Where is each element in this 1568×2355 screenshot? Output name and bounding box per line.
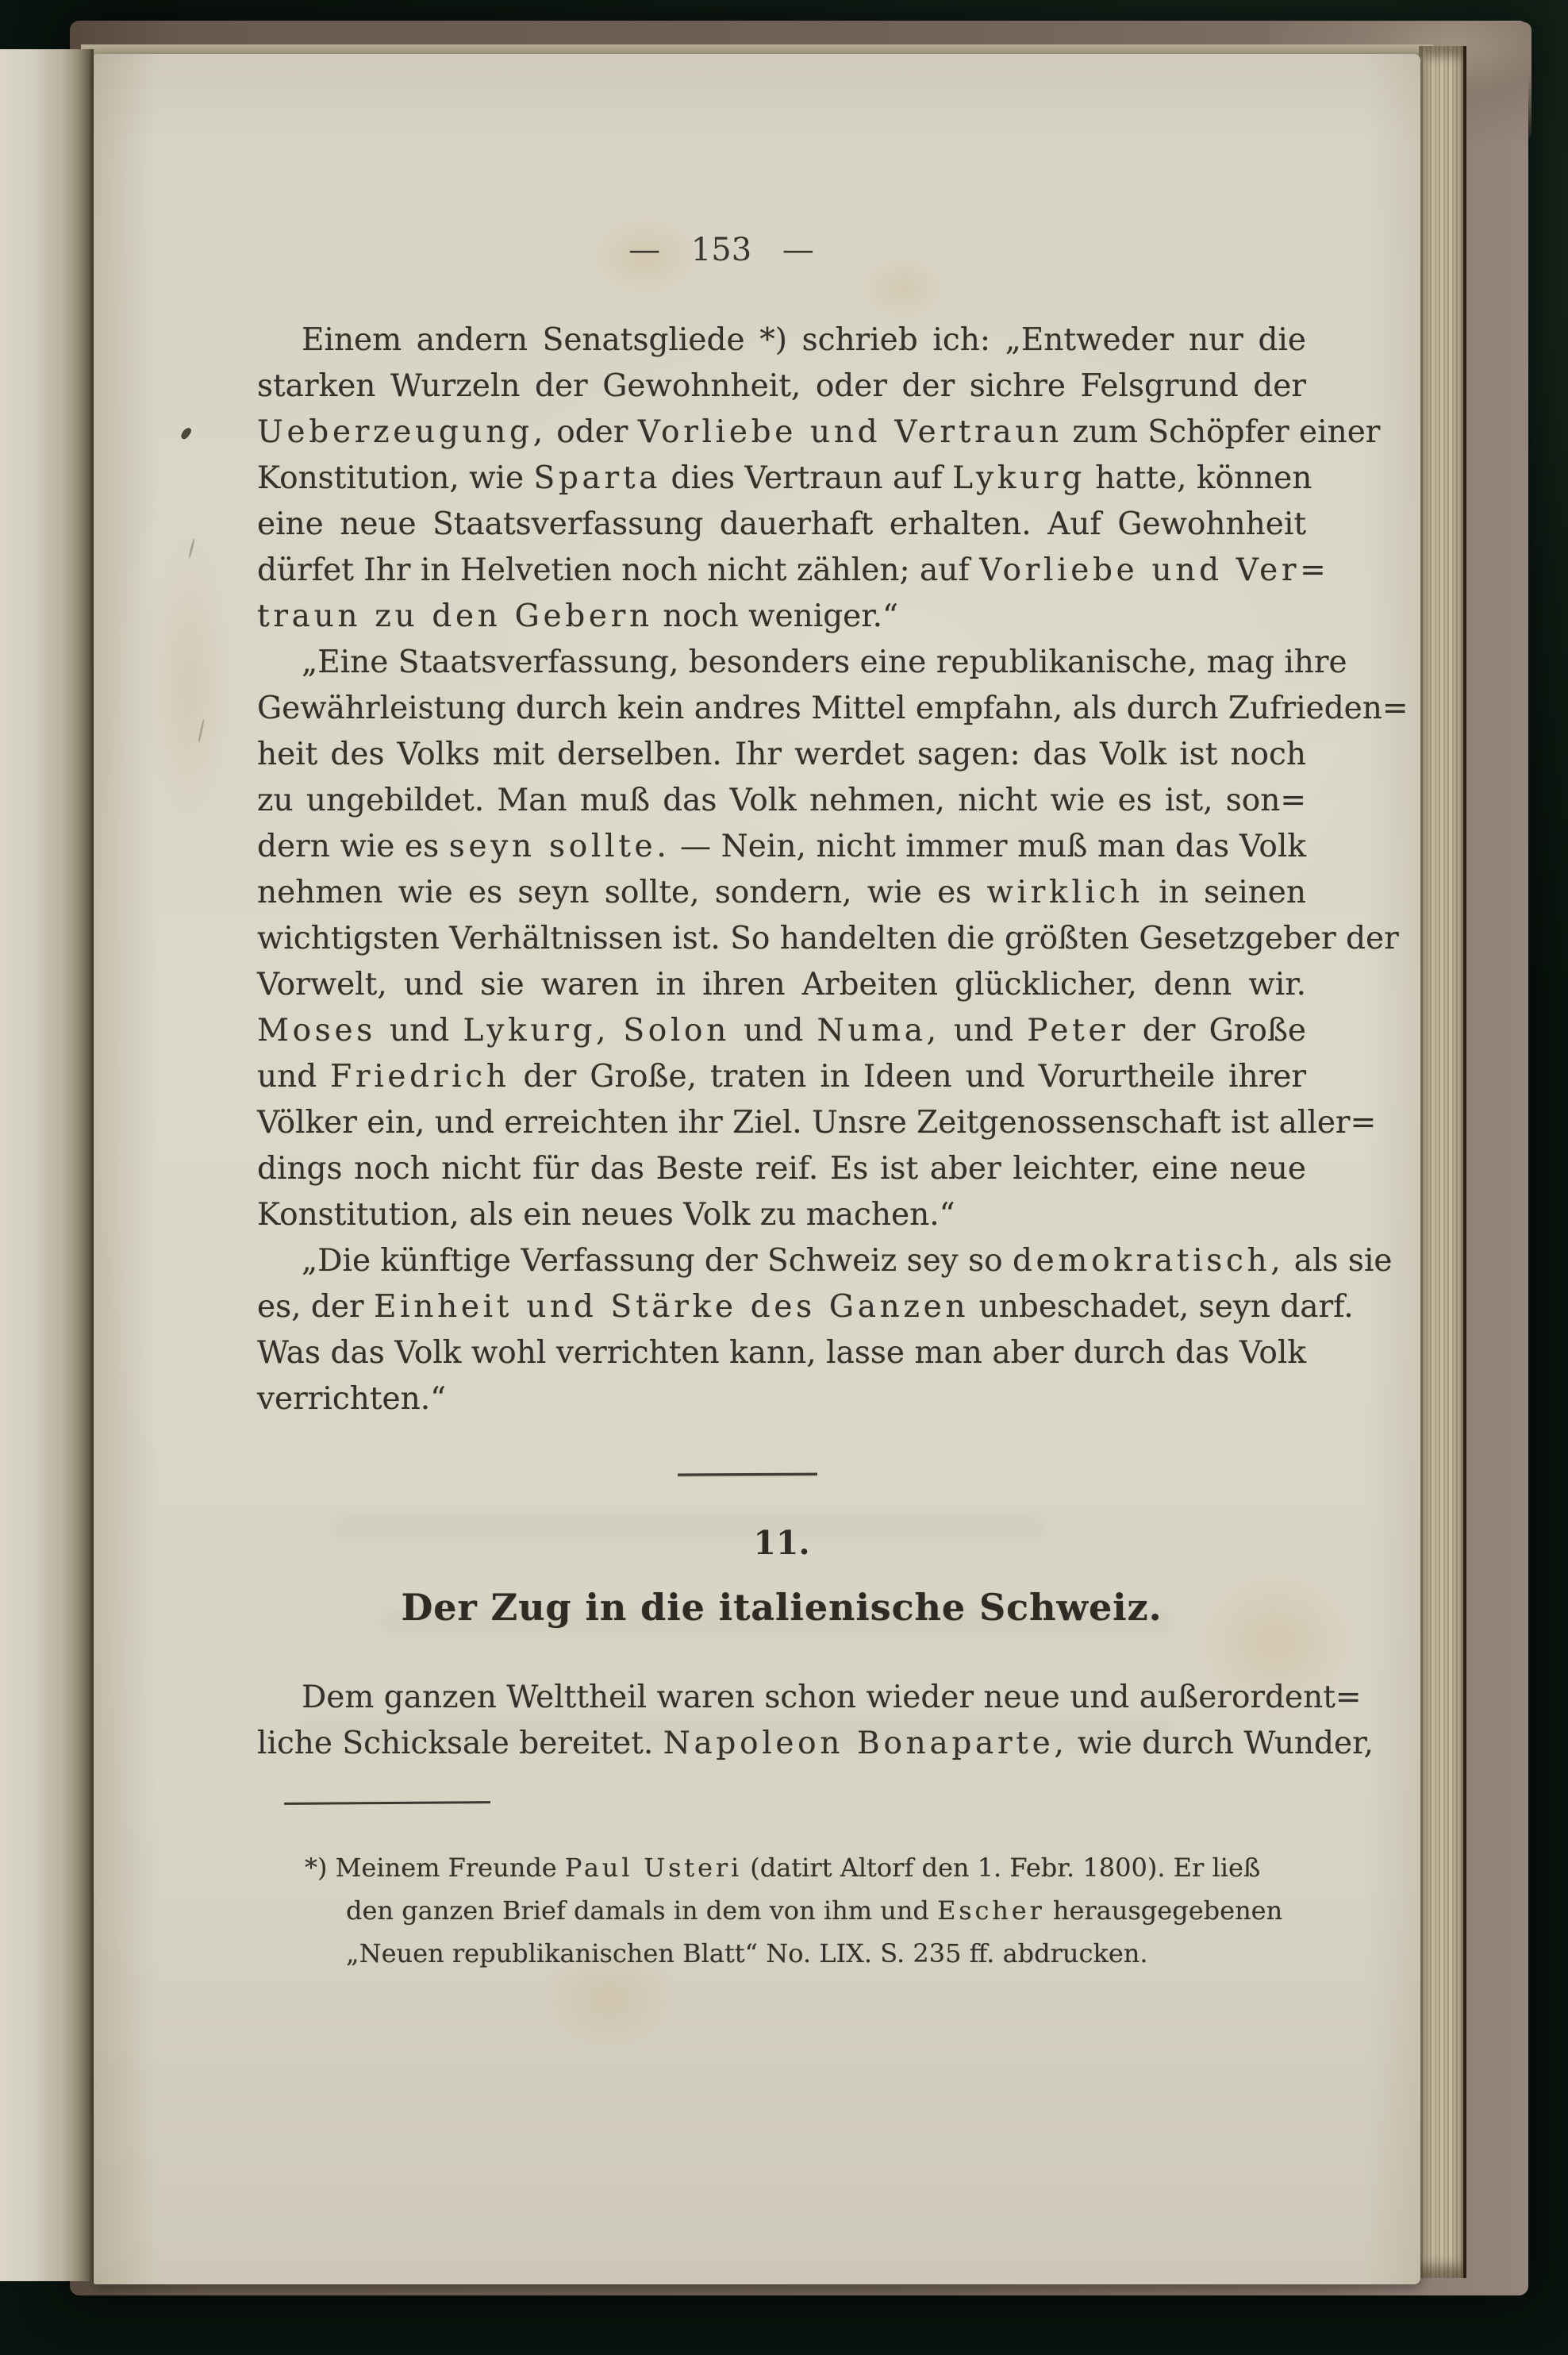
photo-background: — 153 — Einem andern Senatsgliede *) sch…: [0, 0, 1568, 2355]
text-line: „Eine Staatsverfassung, besonders eine r…: [257, 640, 1306, 686]
text-line: Vorwelt, und sie waren in ihren Arbeiten…: [257, 962, 1306, 1008]
text-line: heit des Volks mit derselben. Ihr werdet…: [257, 732, 1306, 778]
book-page: — 153 — Einem andern Senatsgliede *) sch…: [94, 54, 1420, 2284]
letterspaced-emphasis: Napoleon Bonaparte,: [663, 1726, 1068, 1761]
page-block-fore-edge: [1419, 46, 1466, 2278]
text-line: starken Wurzeln der Gewohnheit, oder der…: [257, 364, 1306, 410]
paragraph-letter-3: „Die künftige Verfassung der Schweiz sey…: [257, 1238, 1306, 1422]
text-line: „Neuen republikanischen Blatt“ No. LIX. …: [346, 1932, 1251, 1975]
letterspaced-emphasis: Vorliebe und Vertraun: [638, 414, 1063, 450]
letterspaced-emphasis: Vorliebe und Ver=: [979, 552, 1329, 588]
text-line: verrichten.“: [257, 1376, 1306, 1422]
text-line: dern wie es seyn sollte. — Nein, nicht i…: [257, 824, 1306, 870]
text-line: Gewährleistung durch kein andres Mittel …: [257, 686, 1306, 732]
paragraph-letter-2: „Eine Staatsverfassung, besonders eine r…: [257, 640, 1306, 1238]
letterspaced-emphasis: wirklich: [986, 875, 1143, 910]
paper-stain: [141, 530, 236, 848]
footnote: *) Meinem Freunde Paul Usteri (datirt Al…: [346, 1846, 1251, 1975]
letterspaced-emphasis: Lykurg,: [463, 1013, 609, 1049]
letterspaced-emphasis: Friedrich: [330, 1059, 509, 1095]
gutter-shadow: [59, 49, 94, 2281]
letterspaced-emphasis: Solon: [623, 1013, 730, 1049]
text-line: zu ungebildet. Man muß das Volk nehmen, …: [257, 778, 1306, 824]
text-line: den ganzen Brief damals in dem von ihm u…: [346, 1889, 1251, 1932]
letterspaced-emphasis: Einheit und Stärke des Ganzen: [374, 1289, 969, 1325]
letterspaced-emphasis: Lykurg: [952, 460, 1086, 496]
letterspaced-emphasis: Peter: [1027, 1013, 1128, 1049]
text-line: nehmen wie es seyn sollte, sondern, wie …: [257, 870, 1306, 916]
letterspaced-emphasis: Moses: [257, 1013, 376, 1049]
letterspaced-emphasis: traun zu den Gebern: [257, 598, 653, 634]
text-line: und Friedrich der Große, traten in Ideen…: [257, 1054, 1306, 1100]
text-line: Moses und Lykurg, Solon und Numa, und Pe…: [257, 1008, 1306, 1054]
text-line: dings noch nicht für das Beste reif. Es …: [257, 1146, 1306, 1192]
section-divider-rule: [678, 1473, 817, 1476]
letterspaced-emphasis: demokratisch,: [1013, 1243, 1284, 1279]
text-line: „Die künftige Verfassung der Schweiz sey…: [257, 1238, 1306, 1284]
footnote-rule: [284, 1801, 490, 1805]
letterspaced-emphasis: Paul Usteri: [565, 1853, 742, 1883]
letterspaced-emphasis: seyn sollte.: [449, 829, 671, 864]
text-line: es, der Einheit und Stärke des Ganzen un…: [257, 1284, 1306, 1330]
letterspaced-emphasis: Numa,: [817, 1013, 940, 1049]
letterspaced-emphasis: Escher: [937, 1895, 1045, 1926]
text-line: *) Meinem Freunde Paul Usteri (datirt Al…: [346, 1846, 1251, 1889]
letterspaced-emphasis: Sparta: [534, 460, 662, 496]
page-number: — 153 —: [197, 232, 1246, 268]
ink-speck: [179, 426, 193, 441]
text-line: Konstitution, wie Sparta dies Vertraun a…: [257, 456, 1306, 502]
text-line: Völker ein, und erreichten ihr Ziel. Uns…: [257, 1100, 1306, 1146]
chapter-title: Der Zug in die italienische Schweiz.: [257, 1586, 1306, 1629]
pencil-mark: [188, 538, 195, 559]
text-line: traun zu den Gebern noch weniger.“: [257, 594, 1306, 640]
facing-page-edge: [0, 49, 59, 2281]
text-line: dürfet Ihr in Helvetien noch nicht zähle…: [257, 548, 1306, 594]
text-line: Was das Volk wohl verrichten kann, lasse…: [257, 1330, 1306, 1376]
pencil-mark: [198, 719, 205, 743]
chapter-number: 11.: [257, 1524, 1306, 1562]
text-line: Konstitution, als ein neues Volk zu mach…: [257, 1192, 1306, 1238]
text-line: eine neue Staatsverfassung dauerhaft erh…: [257, 502, 1306, 548]
text-line: Einem andern Senatsgliede *) schrieb ich…: [257, 317, 1306, 364]
text-line: liche Schicksale bereitet. Napoleon Bona…: [257, 1721, 1306, 1767]
text-line: Ueberzeugung, oder Vorliebe und Vertraun…: [257, 410, 1306, 456]
text-line: wichtigsten Verhältnissen ist. So handel…: [257, 916, 1306, 962]
text-line: Dem ganzen Welttheil waren schon wieder …: [257, 1675, 1306, 1721]
paragraph-letter-1: Einem andern Senatsgliede *) schrieb ich…: [257, 317, 1306, 640]
paragraph-chapter-opening: Dem ganzen Welttheil waren schon wieder …: [257, 1675, 1306, 1767]
letterspaced-emphasis: Ueberzeugung,: [257, 414, 547, 450]
